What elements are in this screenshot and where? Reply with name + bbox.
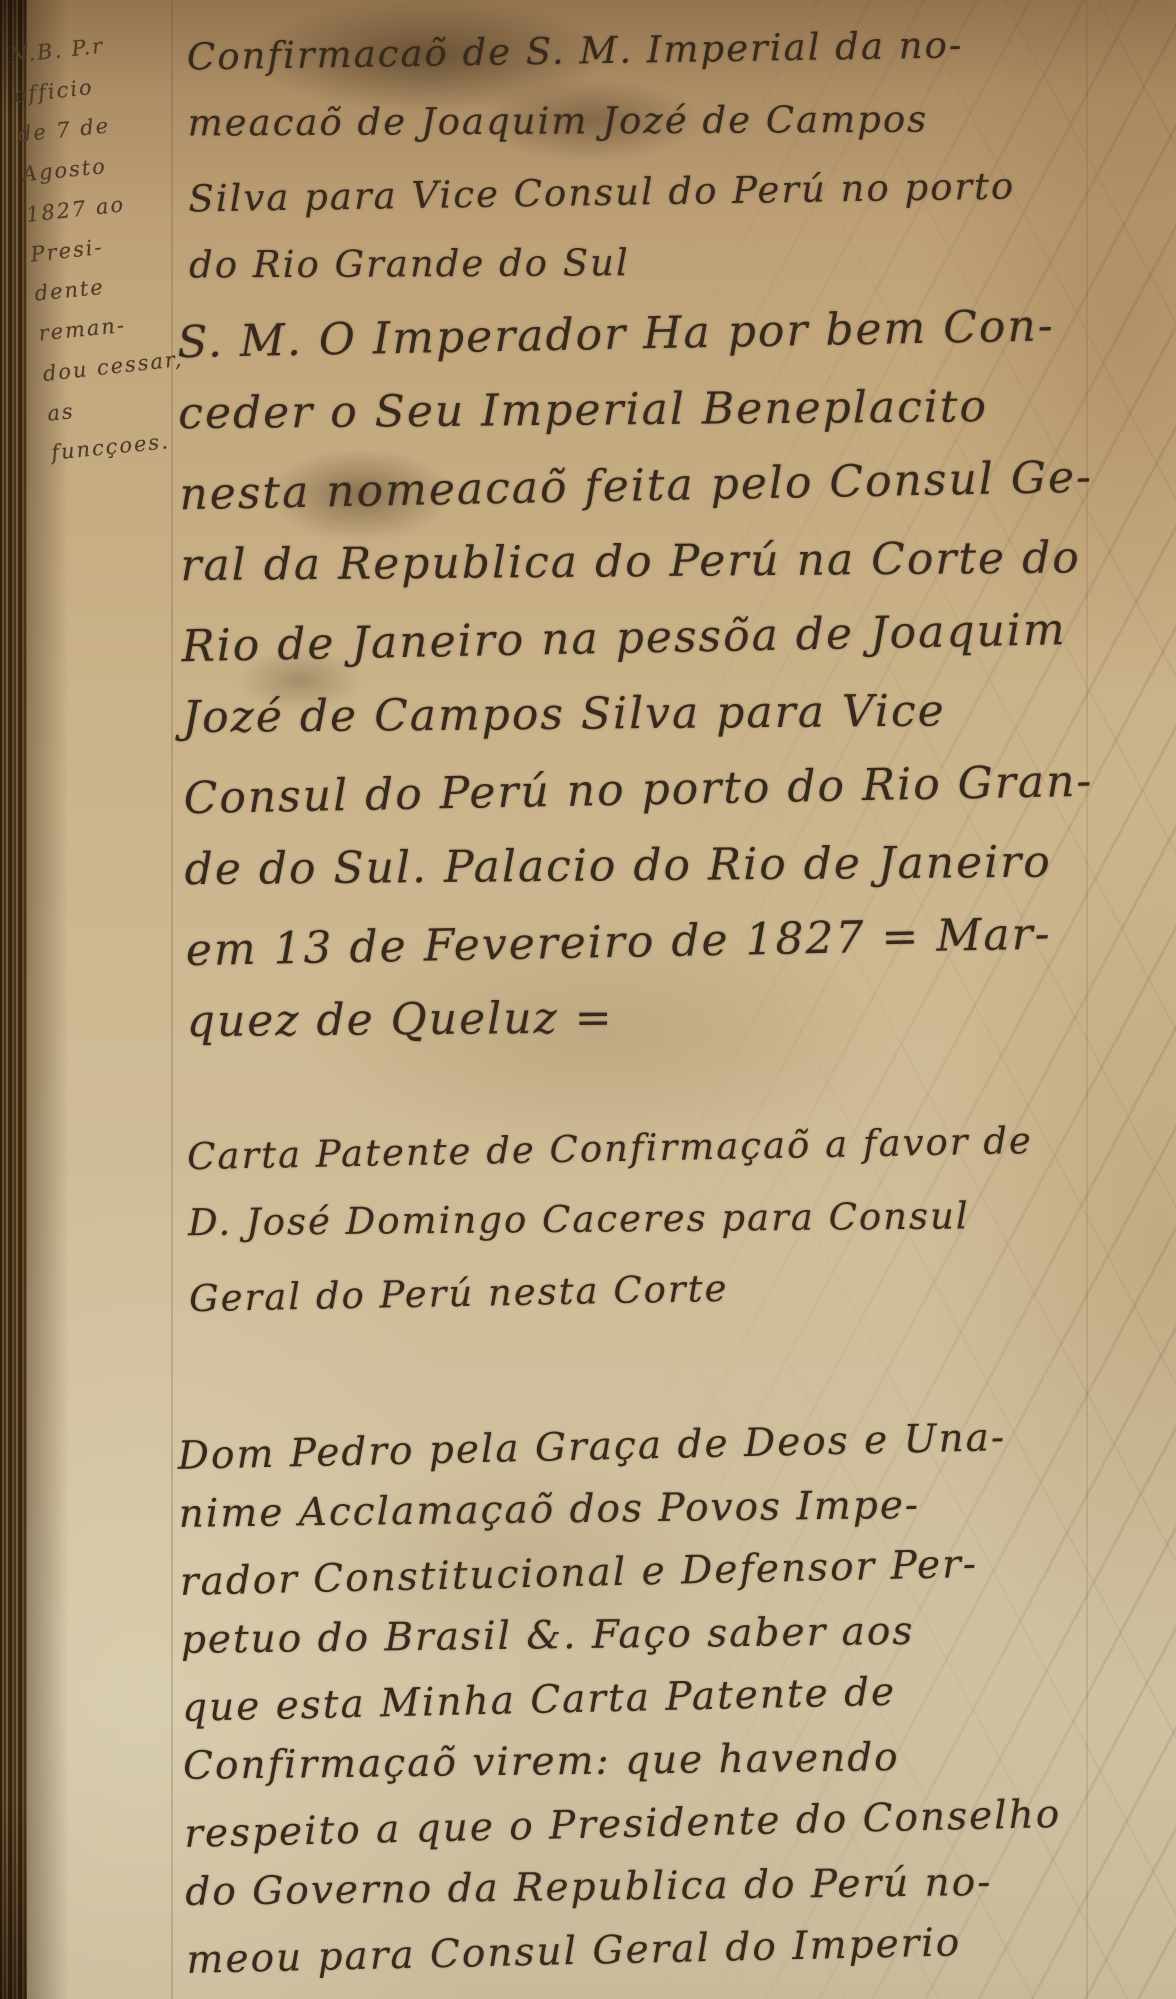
- heading-line: Carta Patente de Confirmaçaõ a favor de: [186, 1103, 1147, 1192]
- heading-line: Silva para Vice Consul do Perú no porto: [188, 148, 1149, 234]
- body-line: Rio de Janeiro na pessõa de Joaquim: [181, 591, 1142, 685]
- body-line: em 13 de Fevereiro de 1827 = Mar-: [185, 895, 1146, 989]
- entry2-heading: Carta Patente de Confirmaçaõ a favor de …: [187, 1105, 1150, 1331]
- body-line: de do Sul. Palacio do Rio de Janeiro: [184, 824, 1145, 908]
- body-line: S. M. O Imperador Ha por bem Con-: [177, 287, 1138, 381]
- heading-line: Confirmacaõ de S. M. Imperial da no-: [186, 6, 1147, 92]
- entry2-body: Dom Pedro pela Graça de Deos e Una- nime…: [177, 1406, 1147, 1990]
- manuscript-page: N.B. P.r officio de 7 de Agosto 1827 ao …: [0, 0, 1176, 1999]
- heading-line: D. José Domingo Caceres para Consul: [188, 1179, 1149, 1258]
- heading-line: meacaõ de Joaquim Jozé de Campos: [187, 82, 1147, 158]
- body-line: ral da Republica do Perú na Corte do: [180, 520, 1141, 604]
- body-line: quez de Queluz =: [186, 976, 1147, 1060]
- book-binding-edge: [0, 0, 27, 1999]
- manuscript-photo: { "colors": { "paper": "#c9b189", "ink":…: [0, 0, 1176, 1999]
- entry1-heading: Confirmacaõ de S. M. Imperial da no- mea…: [187, 9, 1150, 303]
- body-line: ceder o Seu Imperial Beneplacito: [178, 368, 1139, 452]
- body-line: nesta nomeacaõ feita pelo Consul Ge-: [179, 439, 1140, 533]
- body-line: Consul do Perú no porto do Rio Gran-: [183, 743, 1144, 837]
- entry1-body: S. M. O Imperador Ha por bem Con- ceder …: [177, 289, 1148, 1062]
- body-line: Jozé de Campos Silva para Vice: [182, 672, 1143, 756]
